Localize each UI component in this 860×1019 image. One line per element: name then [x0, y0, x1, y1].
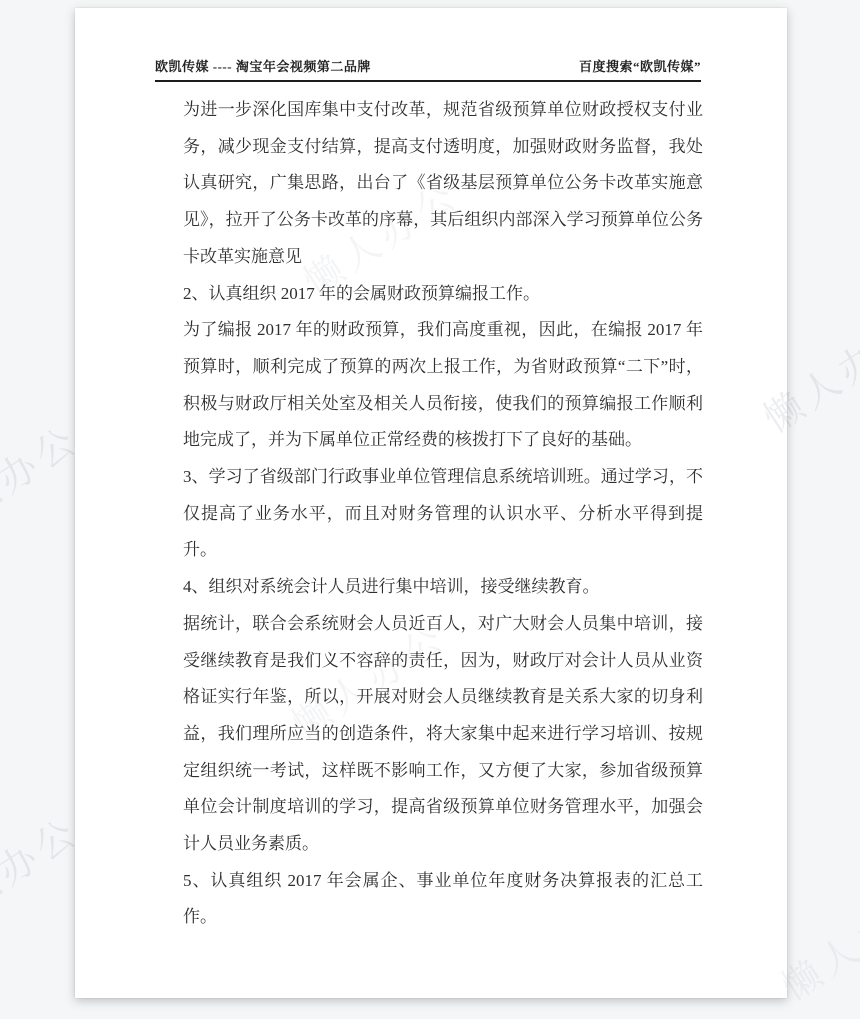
document-page: 欧凯传媒 ---- 淘宝年会视频第二品牌 百度搜索“欧凯传媒” 为进一步深化国库…	[75, 8, 787, 998]
header-left-brand: 欧凯传媒 ---- 淘宝年会视频第二品牌	[155, 56, 371, 75]
body-paragraph-3: 为了编报 2017 年的财政预算，我们高度重视，因此，在编报 2017 年预算时…	[183, 312, 703, 459]
body-paragraph-2: 2、认真组织 2017 年的会属财政预算编报工作。	[183, 276, 703, 313]
body-paragraph-1: 为进一步深化国库集中支付改革，规范省级预算单位财政授权支付业务，减少现金支付结算…	[183, 92, 703, 276]
screenshot-canvas: 欧凯传媒 ---- 淘宝年会视频第二品牌 百度搜索“欧凯传媒” 为进一步深化国库…	[0, 0, 860, 1019]
header-right-search-hint: 百度搜索“欧凯传媒”	[579, 56, 701, 75]
document-body: 为进一步深化国库集中支付改革，规范省级预算单位财政授权支付业务，减少现金支付结算…	[183, 92, 703, 936]
body-paragraph-6: 据统计，联合会系统财会人员近百人，对广大财会人员集中培训，接受继续教育是我们义不…	[183, 606, 703, 863]
body-paragraph-4: 3、学习了省级部门行政事业单位管理信息系统培训班。通过学习，不仅提高了业务水平，…	[183, 459, 703, 569]
body-paragraph-5: 4、组织对系统会计人员进行集中培训，接受继续教育。	[183, 569, 703, 606]
body-paragraph-7: 5、认真组织 2017 年会属企、事业单位年度财务决算报表的汇总工作。	[183, 863, 703, 936]
document-header: 欧凯传媒 ---- 淘宝年会视频第二品牌 百度搜索“欧凯传媒”	[155, 56, 701, 82]
